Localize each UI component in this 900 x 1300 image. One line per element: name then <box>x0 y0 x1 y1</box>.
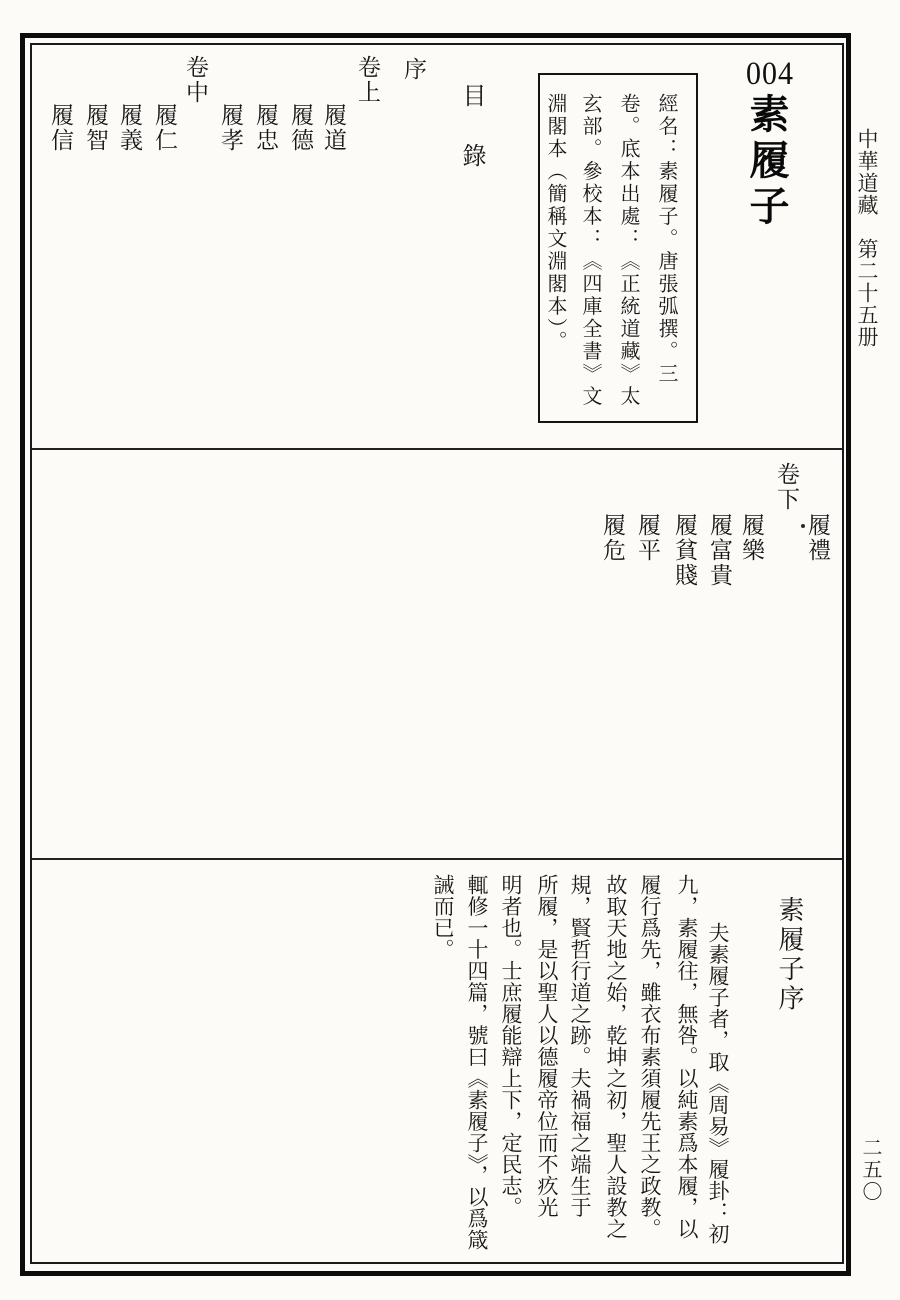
preface-line: 九，素履往，無咎。以純素爲本履，以 <box>676 874 697 1240</box>
page-number: 二五〇 <box>860 1137 880 1203</box>
toc-item: 履貧賤 <box>673 513 696 588</box>
preface-line: 誡而已。 <box>432 874 453 960</box>
toc-section-scroll-3: 卷下 <box>775 462 798 512</box>
toc-item: 履禮 <box>806 513 829 563</box>
toc-item: 履道 <box>322 103 345 153</box>
scanned-book-page: 004 素履子 經名：素履子。唐張弧撰。三 卷。底本出處：《正統道藏》太 玄部。… <box>0 0 900 1300</box>
colophon-line: 淵閣本（簡稱文淵閣本）。 <box>545 93 565 353</box>
toc-section-scroll-1: 卷上 <box>356 55 379 105</box>
toc-item: 履平 <box>636 513 659 563</box>
preface-line: 輒修一十四篇，號曰《素履子》，以爲箴 <box>466 874 487 1251</box>
section-divider-top <box>32 448 842 450</box>
toc-item: 履孝 <box>219 103 242 153</box>
toc-item: 履富貴 <box>708 513 731 588</box>
colophon-box: 經名：素履子。唐張弧撰。三 卷。底本出處：《正統道藏》太 玄部。參校本：《四庫全… <box>538 73 698 423</box>
section-divider-bottom <box>32 858 842 860</box>
toc-item: 履德 <box>289 103 312 153</box>
toc-section-preface: 序 <box>402 57 425 82</box>
series-volume-label: 中華道藏 第二十五册 <box>856 128 877 348</box>
toc-item: 履樂 <box>740 513 763 563</box>
toc-item: 履信 <box>49 103 72 153</box>
preface-line: 規，賢哲行道之跡。夫禍福之端生于 <box>569 874 590 1218</box>
toc-section-scroll-2: 卷中 <box>184 55 207 105</box>
toc-item: 履仁 <box>153 103 176 153</box>
toc-item: 履智 <box>84 103 107 153</box>
colophon-line: 玄部。參校本：《四庫全書》文 <box>580 93 600 408</box>
colophon-line: 經名：素履子。唐張弧撰。三 <box>656 93 676 386</box>
doc-number: 004 <box>746 56 794 93</box>
colophon-line: 卷。底本出處：《正統道藏》太 <box>618 93 638 408</box>
preface-line: 故取天地之始，乾坤之初，聖人設教之 <box>605 874 626 1240</box>
toc-heading: 目 錄 <box>459 83 483 173</box>
preface-line: 所履，是以聖人以德履帝位而不疚光 <box>536 874 557 1218</box>
book-title: 素履子 <box>746 93 786 231</box>
toc-item: 履危 <box>601 513 624 563</box>
preface-line: 夫素履子者，取《周易》履卦：初 <box>707 922 728 1245</box>
toc-item: 履忠 <box>254 103 277 153</box>
toc-item: 履義 <box>118 103 141 153</box>
preface-title: 素履子序 <box>776 896 802 1014</box>
preface-line: 履行爲先，雖衣布素須履先王之政教。 <box>639 874 660 1240</box>
preface-line: 明者也。士庶履能辯上下，定民志。 <box>500 874 521 1218</box>
